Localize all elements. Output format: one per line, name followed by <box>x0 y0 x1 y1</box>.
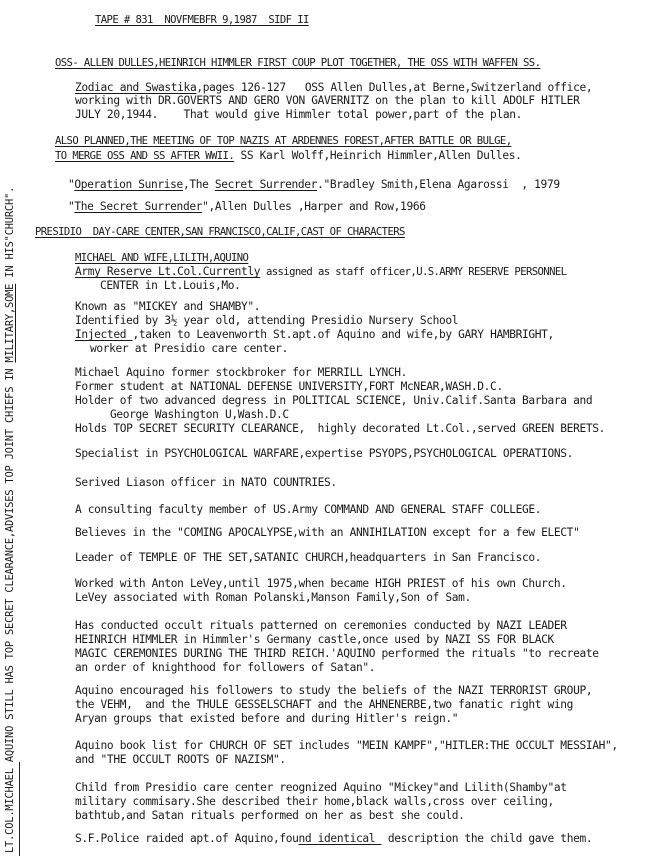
reference-title: Secret Surrender <box>215 178 317 191</box>
child-line: military commisary.She described their h… <box>75 795 554 808</box>
margin-annotation-text: LT.COL.MICHAEL AQUINO STILL HAS TOP SECR… <box>4 362 16 853</box>
also-line-1b: MEETING OF TOP NAZIS AT ARDENNES FOREST,… <box>153 135 511 147</box>
reference-mid: ,The <box>183 178 215 191</box>
injected-word: Injected <box>75 328 132 341</box>
also-line-1: ALSO PLANNED,THE MEETING OF TOP NAZIS AT… <box>55 135 511 148</box>
cast-heading: MICHAEL AND WIFE,LILITH,AQUINO <box>75 252 248 265</box>
also-line-2a: TO MERGE OSS AND SS AFTER WWII. <box>55 150 234 162</box>
police-line-a: S.F.Police raided apt.of Aquino,fou <box>75 832 299 845</box>
bio-line: George Washington U,Wash.D.C <box>110 408 289 421</box>
reference-title: The Secret Surrender <box>74 200 202 213</box>
injected-rest: ,taken to Leavenworth St.apt.of Aquino a… <box>132 328 553 341</box>
child-line: Child from Presidio care center reognize… <box>75 781 567 794</box>
also-line-2b: SS Karl Wolff,Heinrich Himmler,Allen Dul… <box>234 149 521 162</box>
rituals-line: an order of knighthood for followers of … <box>75 661 375 674</box>
reference-2: "The Secret Surrender",Allen Dulles ,Har… <box>68 200 426 213</box>
book-list-line: and "THE OCCULT ROOTS OF NAZISM". <box>75 753 286 766</box>
section-heading-presidio: PRESIDIO DAY-CARE CENTER,SAN FRANCISCO,C… <box>35 226 405 239</box>
oss-line-1: Zodiac and Swastika,pages 126-127 OSS Al… <box>75 81 592 94</box>
followers-line: the VEHM, and the THULE GESSELSCHAFT and… <box>75 698 573 711</box>
army-line-cont: CENTER in Lt.Louis,Mo. <box>100 279 240 292</box>
page-title: TAPE # 831 NOVFMEBFR 9,1987 SIDF II <box>95 14 309 27</box>
specialist-line: Specialist in PSYCHOLOGICAL WARFARE,expe… <box>75 447 573 460</box>
rituals-line: MAGIC CEREMONIES DURING THE THIRD REICH.… <box>75 647 599 660</box>
also-line-2: TO MERGE OSS AND SS AFTER WWII. SS Karl … <box>55 149 521 163</box>
injected-line: Injected ,taken to Leavenworth St.apt.of… <box>75 328 554 341</box>
rituals-line: Has conducted occult rituals patterned o… <box>75 619 567 632</box>
margin-annotation-underlined: MILITARY,SOME <box>4 284 16 363</box>
worked-line: Worked with Anton LeVey,until 1975,when … <box>75 577 567 590</box>
section-heading-oss: OSS- ALLEN DULLES,HEINRICH HIMMLER FIRST… <box>55 57 540 70</box>
book-list-line: Aquino book list for CHURCH OF SET inclu… <box>75 739 618 752</box>
margin-annotation: LT.COL.MICHAEL AQUINO STILL HAS TOP SECR… <box>3 187 17 853</box>
also-line-1a: ALSO PLANNED,THE <box>55 135 153 147</box>
known-as: Known as "MICKEY and SHAMBY". <box>75 300 260 313</box>
liaison-line: Serived Liason officer in NATO COUNTRIES… <box>75 476 337 489</box>
bio-line: Michael Aquino former stockbroker for ME… <box>75 366 407 379</box>
oss-line-2: working with DR.GOVERTS AND GERO VON GAV… <box>75 94 579 107</box>
faculty-line: A consulting faculty member of US.Army C… <box>75 503 541 516</box>
leader-line: Leader of TEMPLE OF THE SET,SATANIC CHUR… <box>75 551 541 564</box>
believes-line: Believes in the "COMING APOCALYPSE,with … <box>75 526 579 539</box>
rituals-line: HEINRICH HIMMLER in Himmler's Germany ca… <box>75 633 554 646</box>
identified: Identified by 3½ year old, attending Pre… <box>75 314 458 327</box>
margin-annotation-suffix: IN HIS"CHURCH". <box>4 187 16 284</box>
army-line-a: Army Reserve Lt.Col.Currently <box>75 265 260 278</box>
reference-rest: ",Allen Dulles ,Harper and Row,1966 <box>202 200 426 213</box>
followers-line: Aryan groups that existed before and dur… <box>75 712 458 725</box>
police-line: S.F.Police raided apt.of Aquino,found id… <box>75 832 592 845</box>
margin-rule <box>19 762 20 856</box>
reference-rest: ."Bradley Smith,Elena Agarossi , 1979 <box>317 178 560 191</box>
reference-title: Operation Sunrise <box>74 178 183 191</box>
oss-line-1-rest: ,pages 126-127 OSS Allen Dulles,at Berne… <box>196 81 592 94</box>
book-ref: Zodiac and Swastika <box>75 81 196 94</box>
police-line-c: description the child gave them. <box>382 832 593 845</box>
followers-line: Aquino encouraged his followers to study… <box>75 684 592 697</box>
reference-1: "Operation Sunrise,The Secret Surrender.… <box>68 178 560 191</box>
police-line-underlined: nd identical <box>299 832 382 845</box>
bio-line: Holder of two advanced degress in POLITI… <box>75 394 592 407</box>
oss-line-3: JULY 20,1944. That would give Himmler to… <box>75 108 522 121</box>
levey-line: LeVey associated with Roman Polanski,Man… <box>75 591 471 604</box>
army-line: Army Reserve Lt.Col.Currently assigned a… <box>75 265 566 279</box>
document-page: LT.COL.MICHAEL AQUINO STILL HAS TOP SECR… <box>0 0 650 856</box>
bio-line: Holds TOP SECRET SECURITY CLEARANCE, hig… <box>75 422 605 435</box>
bio-line: Former student at NATIONAL DEFENSE UNIVE… <box>75 380 503 393</box>
injected-line-cont: worker at Presidio care center. <box>90 342 288 355</box>
child-line: bathtub,and Satan rituals performed on h… <box>75 809 465 822</box>
army-line-b: assigned as staff officer,U.S.ARMY RESER… <box>260 266 566 278</box>
